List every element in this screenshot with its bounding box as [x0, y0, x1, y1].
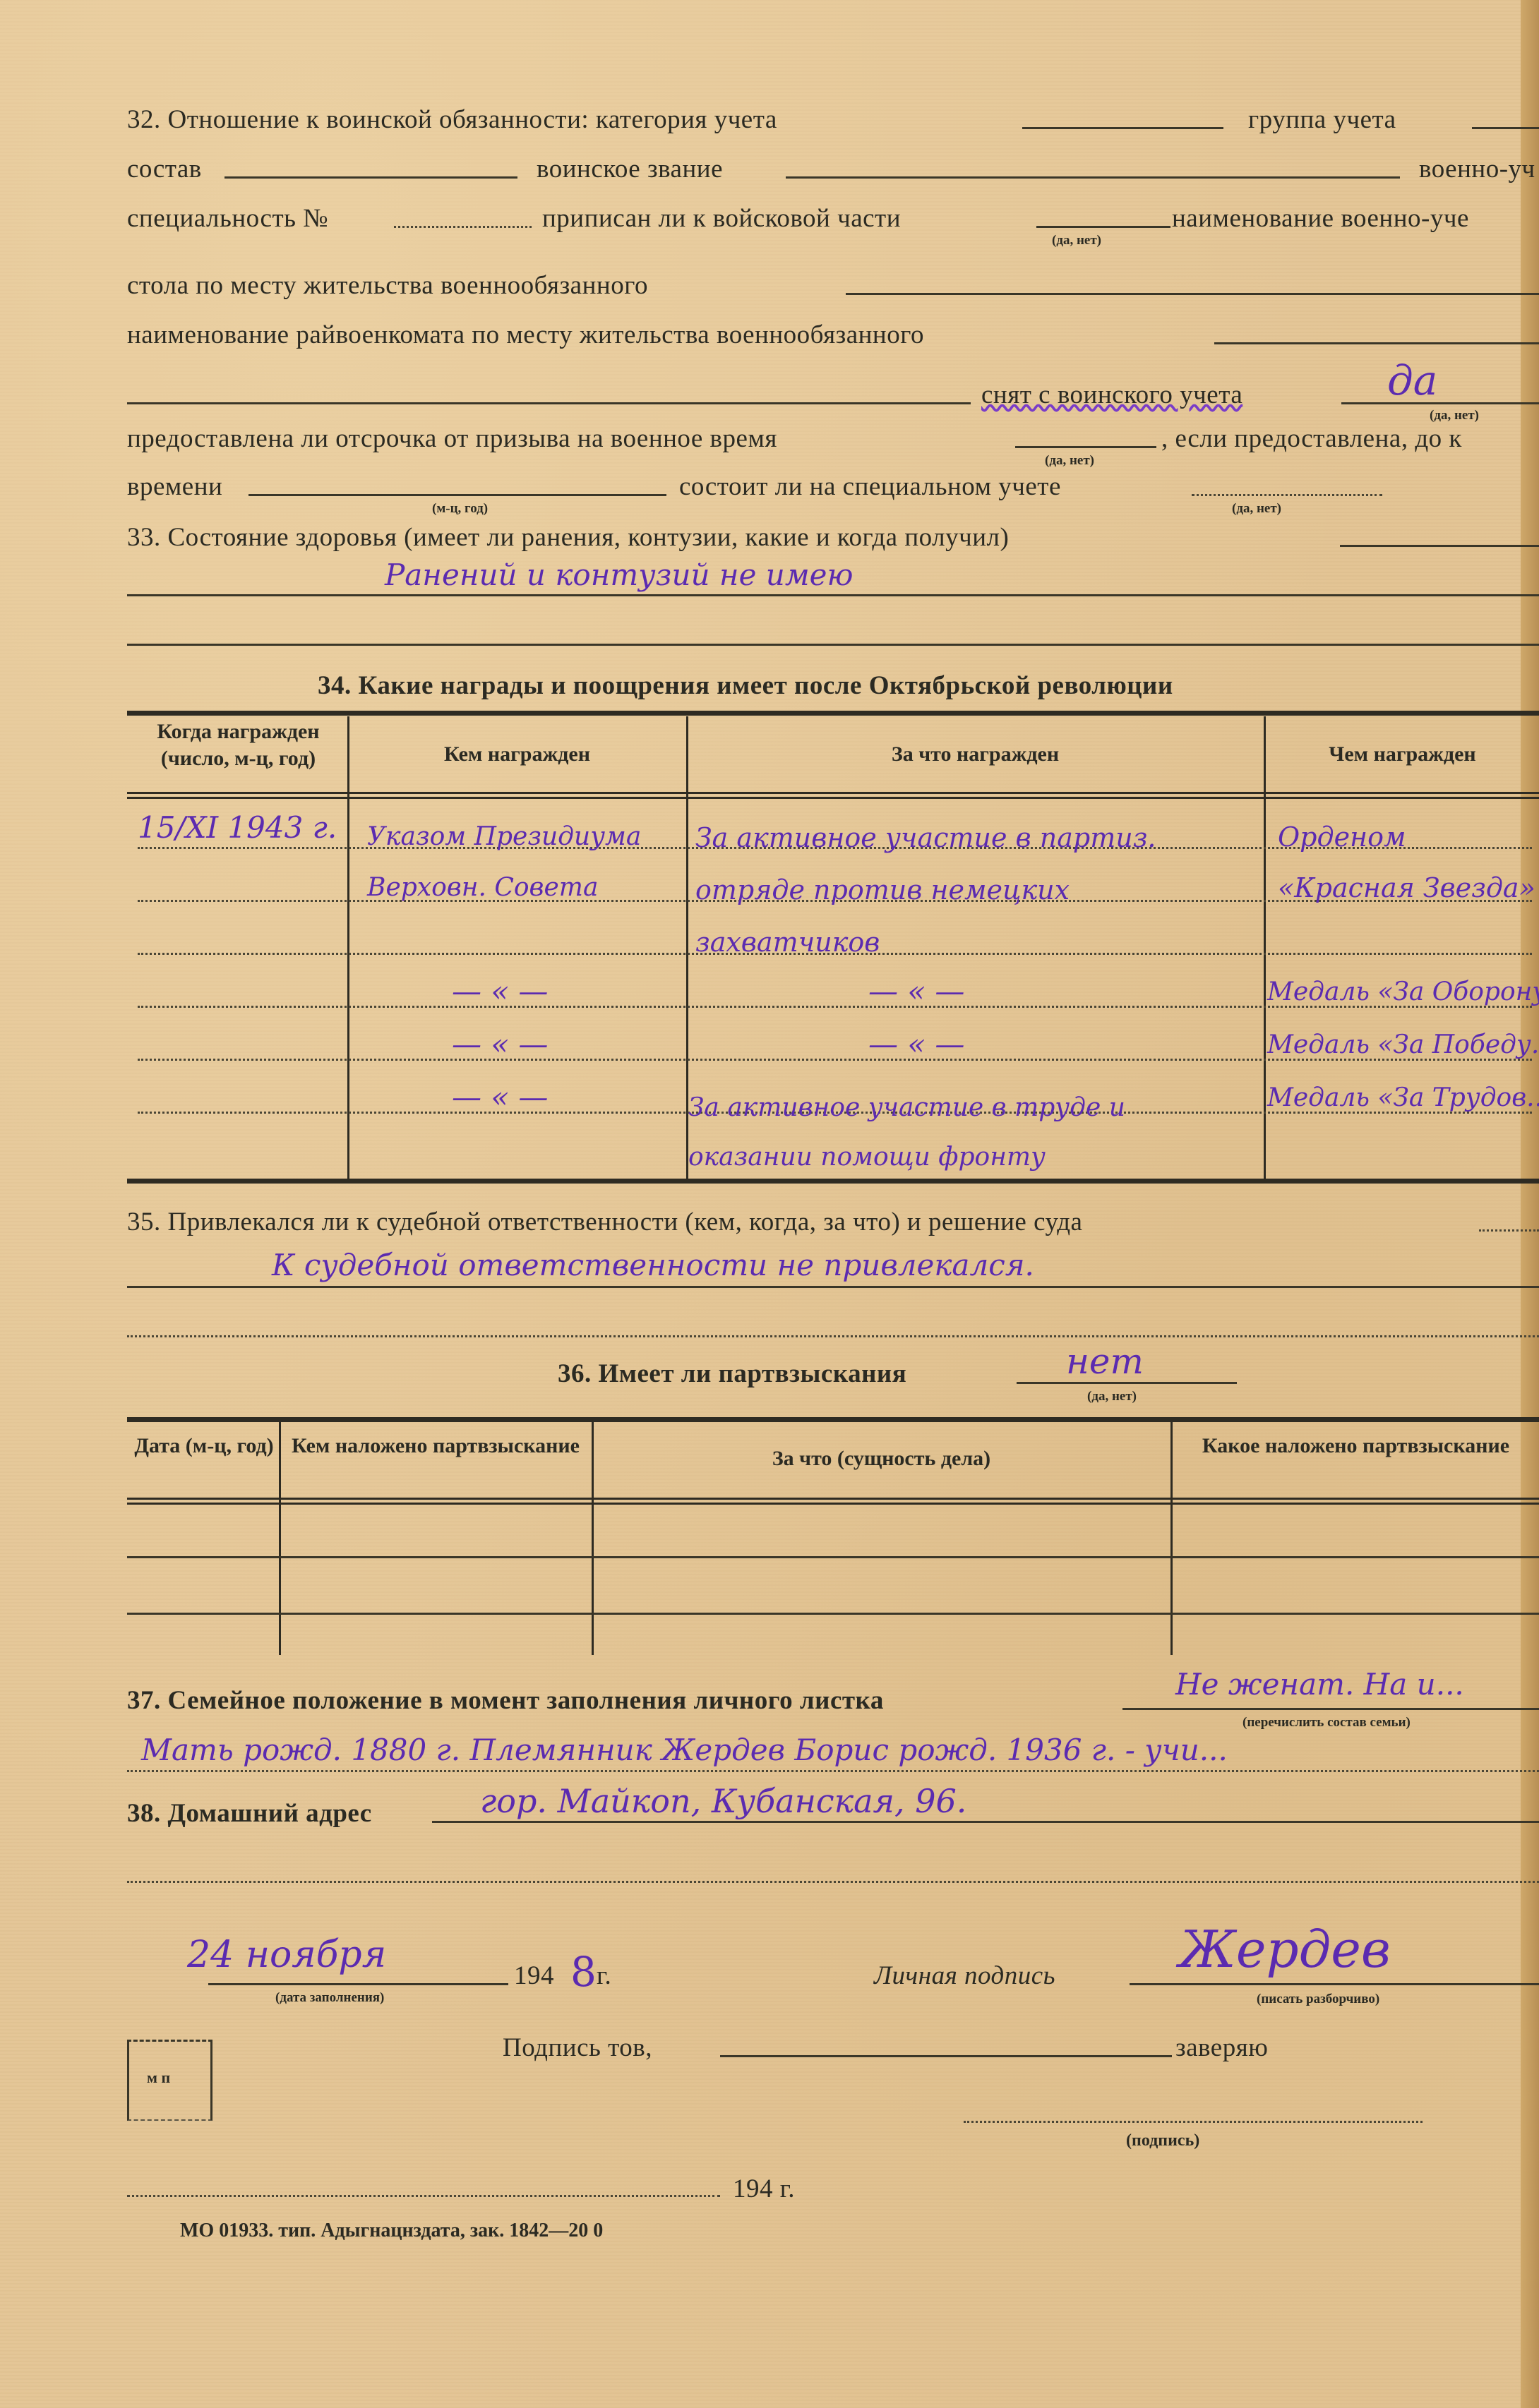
q35-value: К судебной ответственности не привлекалс… [272, 1248, 1034, 1282]
specuchet-hint: (да, нет) [1232, 501, 1281, 517]
zaveryayu-label: заверяю [1175, 2033, 1268, 2063]
voenno-uch-label: военно-уч [1419, 154, 1535, 184]
award-row3-by: — « — [452, 1027, 548, 1061]
q35-label: 35. Привлекался ли к судебной ответствен… [127, 1207, 1082, 1237]
col-header-what: Чем награжден [1266, 741, 1539, 768]
pripisan-label: приписан ли к войсковой части [542, 203, 901, 234]
q37-field-line2[interactable] [127, 1770, 1539, 1772]
vremeni-hint: (м-ц, год) [432, 501, 488, 517]
signature-field[interactable] [1130, 1983, 1539, 1985]
q37-label: 37. Семейное положение в момент заполнен… [127, 1685, 884, 1716]
award-row3-for: — « — [868, 1027, 964, 1061]
q36-value: нет [1066, 1341, 1144, 1382]
specialnost-field[interactable] [394, 226, 532, 228]
podpis-tov-field[interactable] [720, 2055, 1172, 2057]
col-divider-1 [347, 716, 349, 1179]
paper-edge [1521, 0, 1539, 2408]
printer-imprint: МО 01933. тип. Адыгнацнздата, зак. 1842—… [180, 2220, 603, 2242]
sostav-field[interactable] [224, 176, 517, 179]
fill-date-value: 24 ноября [187, 1934, 386, 1976]
col-header-for: За что награжден [688, 741, 1262, 768]
fill-date-field[interactable] [208, 1983, 508, 1985]
year-suffix: г. [597, 1961, 611, 1991]
q34-title: 34. Какие награды и поощрения имеет посл… [318, 670, 1173, 701]
fill-date-hint: (дата заполнения) [275, 1990, 384, 2006]
year-digit: 8 [570, 1948, 597, 1996]
otsrochka-field[interactable] [1015, 446, 1156, 448]
q37-value: Не женат. На и... [1175, 1667, 1464, 1702]
award-row4-for: За активное участие в труде и оказании п… [688, 1083, 1253, 1182]
stamp-box: м п [127, 2040, 212, 2121]
stola-label: стола по месту жительства военнообязанно… [127, 270, 648, 301]
raivoenkomat-field[interactable] [1214, 342, 1539, 344]
signature-hint: (писать разборчиво) [1257, 1992, 1379, 2007]
q36-label: 36. Имеет ли партвзыскания [558, 1359, 906, 1389]
naimenovanie-label: наименование военно-уче [1172, 203, 1469, 234]
award-row1-for: За активное участие в партиз. отряде про… [695, 812, 1260, 968]
table-top-border [127, 711, 1539, 716]
snyat-hint: (да, нет) [1430, 408, 1479, 423]
issue-year: 194 г. [733, 2174, 795, 2204]
table2-top-border [127, 1417, 1539, 1422]
q33-value: Ранений и контузий не имею [385, 558, 854, 592]
specialnost-label: специальность № [127, 203, 328, 234]
category-field[interactable] [1022, 127, 1223, 129]
q33-label: 33. Состояние здоровья (имеет ли ранения… [127, 522, 1009, 553]
award-row2-by: — « — [452, 974, 548, 1009]
award-row4-what: Медаль «За Трудов... [1267, 1083, 1539, 1112]
raivoenkomat-field-cont[interactable] [127, 402, 971, 404]
table2-row-line[interactable] [127, 1556, 1539, 1558]
certifier-signature-hint: (подпись) [1126, 2131, 1199, 2150]
q35-field-line2[interactable] [127, 1286, 1539, 1288]
award-row1-what: Орденом «Красная Звезда» [1278, 812, 1539, 913]
award-row1-by: Указом Президиума Верховн. Совета [367, 812, 685, 913]
q36-hint: (да, нет) [1087, 1389, 1137, 1404]
podpis-tov-label: Подпись тов, [503, 2033, 652, 2063]
otsrochka-label: предоставлена ли отсрочка от призыва на … [127, 423, 777, 454]
q37-field[interactable] [1122, 1708, 1539, 1710]
q38-value: гор. Майкоп, Кубанская, 96. [480, 1782, 966, 1820]
table2-header-divider [127, 1498, 1539, 1505]
sostav-label: состав [127, 154, 202, 184]
vremeni-label: времени [127, 471, 222, 502]
q37-value2: Мать рожд. 1880 г. Племянник Жердев Бори… [141, 1733, 1228, 1767]
award-row3-what: Медаль «За Победу... [1267, 1030, 1539, 1059]
col-header-date: Когда награжден (число, м-ц, год) [131, 718, 346, 772]
year-prefix: 194 [514, 1961, 554, 1991]
col2-header-date: Дата (м-ц, год) [131, 1433, 277, 1459]
stola-field[interactable] [846, 293, 1539, 295]
group-field[interactable] [1472, 127, 1539, 129]
award-row2-what: Медаль «За Оборону... [1267, 977, 1539, 1006]
esli-label: , если предоставлена, до к [1161, 423, 1462, 454]
award-row4-by: — « — [452, 1080, 548, 1114]
snyat-field[interactable] [1341, 402, 1539, 404]
otsrochka-hint: (да, нет) [1045, 453, 1094, 469]
q33-field[interactable] [1340, 545, 1539, 547]
award-row2-for: — « — [868, 974, 964, 1009]
q36-field[interactable] [1017, 1382, 1237, 1384]
specuchet-field[interactable] [1192, 494, 1382, 496]
q38-field-line2[interactable] [127, 1881, 1539, 1883]
q37-hint: (перечислить состав семьи) [1242, 1715, 1411, 1730]
signature-value: Жердев [1179, 1920, 1391, 1979]
signature-label: Личная подпись [874, 1961, 1055, 1991]
zvanie-field[interactable] [786, 176, 1400, 179]
pripisan-field[interactable] [1036, 226, 1170, 228]
q38-label: 38. Домашний адрес [127, 1798, 372, 1829]
col-header-by: Кем награжден [349, 741, 685, 768]
zvanie-label: воинское звание [537, 154, 723, 184]
raivoenkomat-label: наименование райвоенкомата по месту жите… [127, 320, 924, 350]
q35-field-line3[interactable] [127, 1335, 1539, 1337]
col-divider-3 [1264, 716, 1266, 1179]
q38-field[interactable] [432, 1821, 1539, 1823]
col2-header-what: Какое наложено партвзыскание [1173, 1433, 1539, 1459]
q32-title: 32. Отношение к воинской обязанности: ка… [127, 104, 777, 135]
q33-field-line3[interactable] [127, 644, 1539, 646]
q33-field-line2[interactable] [127, 594, 1539, 596]
snyat-value: да [1387, 356, 1437, 404]
col2-header-for: За что (сущность дела) [594, 1445, 1169, 1472]
snyat-label: снят с воинского учета [981, 380, 1242, 410]
issue-date-field[interactable] [127, 2195, 720, 2197]
specuchet-label: состоит ли на специальном учете [679, 471, 1061, 502]
q35-field[interactable] [1479, 1229, 1539, 1232]
header-divider [127, 792, 1539, 799]
vremeni-field[interactable] [248, 494, 666, 496]
stamp-mp: м п [147, 2069, 170, 2087]
certifier-signature-field[interactable] [964, 2121, 1423, 2123]
col2-header-by: Кем наложено партвзыскание [281, 1433, 590, 1459]
q32-group-label: группа учета [1248, 104, 1396, 135]
award-row1-date: 15/XI 1943 г. [138, 810, 337, 845]
pripisan-hint: (да, нет) [1052, 233, 1101, 248]
table2-row-line[interactable] [127, 1613, 1539, 1615]
